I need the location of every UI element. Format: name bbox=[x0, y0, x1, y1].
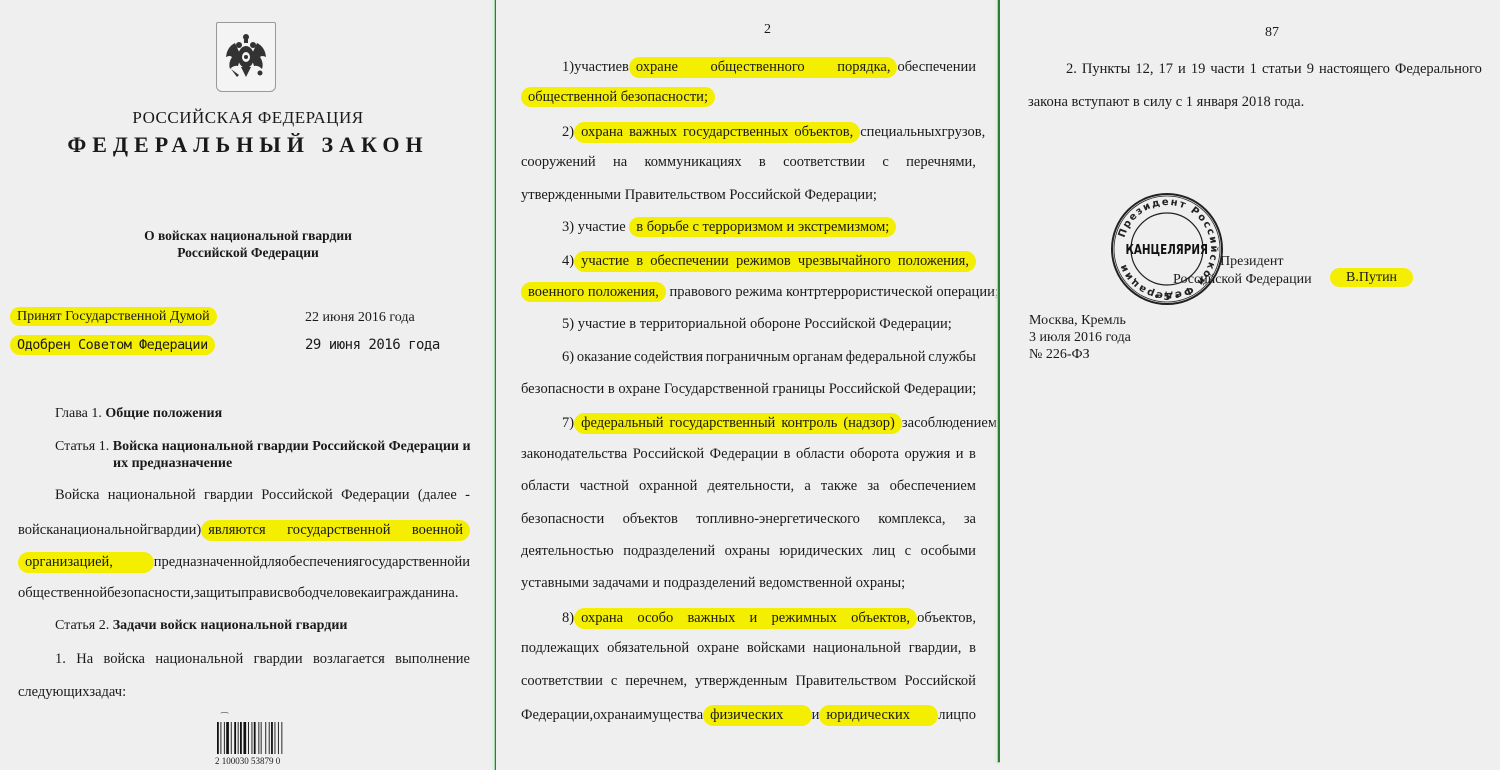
signatory-name: В.Путин bbox=[1330, 270, 1413, 286]
text-line: следующихзадач: bbox=[18, 684, 470, 701]
word: физических bbox=[710, 707, 783, 724]
highlighted-text: общественной безопасности; bbox=[521, 87, 715, 107]
word: а bbox=[804, 478, 810, 495]
word: Российской bbox=[633, 446, 704, 463]
text-segment: утвержденными Правительством Российской … bbox=[521, 187, 877, 203]
chapter-title: Общие положения bbox=[105, 406, 222, 421]
text-line: уставными задачами и подразделений ведом… bbox=[521, 575, 976, 592]
word: подразделений bbox=[623, 543, 715, 560]
word: лиц bbox=[938, 707, 961, 724]
word: национальной bbox=[108, 487, 196, 504]
word: законодательства bbox=[521, 446, 627, 463]
text-line: 7)федеральныйгосударственныйконтроль(над… bbox=[562, 413, 976, 434]
word: охрана bbox=[593, 707, 635, 724]
word: гвардии) bbox=[147, 522, 201, 539]
word: подлежащих bbox=[521, 640, 599, 657]
word: и bbox=[1178, 61, 1186, 78]
word: области bbox=[521, 478, 569, 495]
adopted-date: 22 июня 2016 года bbox=[305, 310, 415, 326]
word: сооружений bbox=[521, 154, 596, 171]
word: Федерации bbox=[341, 487, 409, 504]
word: государственных bbox=[683, 124, 788, 141]
word: 7) bbox=[562, 415, 574, 432]
barcode: ⁀ 2 100030 53879 0 bbox=[215, 712, 287, 768]
word: в bbox=[636, 253, 643, 270]
word: общественного bbox=[711, 59, 805, 76]
word: прав bbox=[241, 585, 269, 601]
word: перечнями, bbox=[906, 154, 976, 171]
word: в bbox=[622, 59, 629, 76]
word: На bbox=[76, 651, 93, 668]
word: за bbox=[964, 511, 976, 528]
word: федеральный bbox=[581, 415, 663, 432]
word: 9 bbox=[1307, 61, 1314, 78]
law-subject-line-2: Российской Федерации bbox=[0, 245, 496, 261]
word: 1) bbox=[562, 59, 574, 76]
word: лиц bbox=[872, 543, 895, 560]
text-line: ВойсканациональнойгвардииРоссийскойФедер… bbox=[55, 487, 470, 504]
text-line: 2)охранаважныхгосударственныхобъектов,сп… bbox=[562, 122, 976, 143]
highlighted-text: юридических bbox=[819, 705, 938, 726]
word: войска bbox=[104, 651, 145, 668]
highlighted-text: являютсягосударственнойвоенной bbox=[201, 520, 470, 541]
word: с bbox=[611, 673, 617, 690]
text-line: Федерации,охранаимуществафизическихиюрид… bbox=[521, 705, 976, 726]
word: обеспечения bbox=[281, 554, 358, 571]
word: военной bbox=[412, 522, 463, 539]
law-subject-line-1: О войсках национальной гвардии bbox=[0, 228, 496, 244]
word: имущества bbox=[635, 707, 703, 724]
text-line: 2.Пункты12,17и19части1статьи9настоящегоФ… bbox=[1066, 61, 1482, 78]
approved-by-federation-council-text: Одобрен Советом Федерации bbox=[10, 335, 215, 355]
coat-of-arms-icon bbox=[216, 22, 276, 92]
text-line: 1)участиевохранеобщественногопорядка,обе… bbox=[562, 57, 976, 78]
article-1-prefix: Статья 1. bbox=[55, 439, 109, 454]
word: Федерации, bbox=[521, 707, 593, 724]
page-number: 2 bbox=[764, 22, 771, 38]
highlighted-text: участиевобеспечениирежимовчрезвычайногоп… bbox=[574, 251, 976, 272]
stamp-center-text: КАНЦЕЛЯРИЯ bbox=[1125, 242, 1207, 258]
word: возлагается bbox=[313, 651, 385, 668]
text-line: 6)оказаниесодействияпограничныморганамфе… bbox=[562, 349, 976, 366]
word: особыми bbox=[921, 543, 976, 560]
text-segment: безопасности в охране Государственной гр… bbox=[521, 381, 976, 397]
word: государственный bbox=[669, 415, 775, 432]
text-line: общественнойбезопасности,защитыправисвоб… bbox=[18, 585, 470, 602]
law-page-87: 87 2.Пункты12,17и19части1статьи9настояще… bbox=[1000, 0, 1500, 770]
word: и bbox=[374, 585, 382, 601]
text-line: сооруженийнакоммуникацияхвсоответствиисп… bbox=[521, 154, 976, 171]
law-page-2: 2 1)участиевохранеобщественногопорядка,о… bbox=[496, 0, 1000, 770]
word: охрана bbox=[581, 124, 623, 141]
word: войска bbox=[18, 522, 59, 539]
word: 12, bbox=[1135, 61, 1153, 78]
word: предназначенной bbox=[154, 554, 260, 571]
text-line: закона вступают в силу с 1 января 2018 г… bbox=[1028, 94, 1482, 111]
highlighted-text: охранаособоважныхирежимныхобъектов, bbox=[574, 608, 917, 629]
highlighted-text: физических bbox=[703, 705, 811, 726]
article-1-title: Войска национальной гвардии Российской Ф… bbox=[113, 439, 471, 454]
signatory-name-text: В.Путин bbox=[1330, 268, 1413, 287]
word: защиты bbox=[194, 585, 241, 601]
signatory-title-line-1: Президент bbox=[1220, 254, 1283, 270]
text-line: общественной безопасности; bbox=[521, 89, 976, 106]
text-line: организацией,предназначеннойдляобеспечен… bbox=[18, 552, 470, 573]
word: объектов, bbox=[794, 124, 853, 141]
word: объектов, bbox=[917, 610, 976, 627]
word: пограничным bbox=[706, 349, 790, 366]
word: 4) bbox=[562, 253, 574, 270]
article-2-heading: Статья 2. Задачи войск национальной гвар… bbox=[55, 618, 347, 634]
word: охране bbox=[697, 640, 739, 657]
word: (надзор) bbox=[843, 415, 895, 432]
word: (далее bbox=[418, 487, 457, 504]
word: оборота bbox=[850, 446, 899, 463]
word: порядка, bbox=[837, 59, 890, 76]
article-2-title: Задачи войск национальной гвардии bbox=[113, 618, 348, 633]
barcode-bars bbox=[217, 722, 285, 754]
word: 1 bbox=[1250, 61, 1257, 78]
signatory-title-line-2: Российской Федерации bbox=[1173, 272, 1312, 288]
word: охранной bbox=[639, 478, 697, 495]
word: чрезвычайного bbox=[798, 253, 891, 270]
word: соблюдением bbox=[914, 415, 997, 432]
word: особо bbox=[637, 610, 673, 627]
text-line: соответствиисперечнем,утвержденнымПравит… bbox=[521, 673, 976, 690]
word: 19 bbox=[1191, 61, 1206, 78]
adopted-by-duma-text: Принят Государственной Думой bbox=[10, 307, 217, 326]
word: обеспечении bbox=[650, 253, 729, 270]
country-heading: РОССИЙСКАЯ ФЕДЕРАЦИЯ bbox=[0, 108, 496, 128]
word: 6) bbox=[562, 349, 574, 366]
word: перечнем, bbox=[625, 673, 687, 690]
word: Российской bbox=[261, 487, 332, 504]
word: гвардии bbox=[204, 487, 253, 504]
signing-place: Москва, Кремль bbox=[1029, 312, 1131, 329]
word: также bbox=[821, 478, 857, 495]
text-line: областичастнойохраннойдеятельности,атакж… bbox=[521, 478, 976, 495]
word: органам bbox=[793, 349, 843, 366]
text-segment: правового режима контртеррористической о… bbox=[670, 284, 999, 300]
signing-place-date-number: Москва, Кремль3 июля 2016 года№ 226-ФЗ bbox=[1029, 312, 1131, 363]
word: свобод bbox=[277, 585, 319, 601]
word: 8) bbox=[562, 610, 574, 627]
chapter-heading: Глава 1. Общие положения bbox=[55, 406, 222, 422]
word: задач: bbox=[89, 684, 126, 700]
word: объектов bbox=[623, 511, 678, 528]
article-2-prefix: Статья 2. bbox=[55, 618, 109, 633]
word: положения, bbox=[898, 253, 969, 270]
approved-by-federation-council-label: Одобрен Советом Федерации bbox=[10, 337, 215, 353]
word: участие bbox=[581, 253, 629, 270]
word: области bbox=[796, 446, 844, 463]
text-line: войсканациональнойгвардии)являютсягосуда… bbox=[18, 520, 470, 541]
word: участие bbox=[574, 59, 622, 76]
word: войсками bbox=[747, 640, 805, 657]
word: утвержденным bbox=[695, 673, 787, 690]
word: Российской bbox=[904, 673, 975, 690]
word: оружия bbox=[905, 446, 951, 463]
text-line: подлежащихобязательнойохраневойскаминаци… bbox=[521, 640, 976, 657]
word: Правительством bbox=[795, 673, 896, 690]
word: Войска bbox=[55, 487, 99, 504]
word: охраны bbox=[725, 543, 770, 560]
word: гвардии bbox=[254, 651, 303, 668]
word: объектов, bbox=[851, 610, 910, 627]
word: службы bbox=[928, 349, 976, 366]
word: статьи bbox=[1262, 61, 1302, 78]
text-line: 4)участиевобеспечениирежимовчрезвычайног… bbox=[562, 251, 976, 272]
law-page-1: РОССИЙСКАЯ ФЕДЕРАЦИЯ ФЕДЕРАЛЬНЫЙ ЗАКОН О… bbox=[0, 0, 496, 770]
word: содействия bbox=[634, 349, 703, 366]
word: в bbox=[969, 640, 976, 657]
word: грузов, bbox=[942, 124, 986, 141]
word: охрана bbox=[581, 610, 623, 627]
article-1-heading: Статья 1. Войска национальной гвардии Ро… bbox=[55, 439, 471, 455]
word: юридических bbox=[826, 707, 910, 724]
word: и bbox=[750, 610, 758, 627]
word: обязательной bbox=[607, 640, 689, 657]
word: за bbox=[902, 415, 914, 432]
law-number: № 226-ФЗ bbox=[1029, 346, 1131, 363]
word: федеральной bbox=[846, 349, 926, 366]
word: части bbox=[1210, 61, 1244, 78]
word: национальной bbox=[59, 522, 147, 539]
word: режимов bbox=[736, 253, 791, 270]
stamp-number: • 5 • bbox=[1154, 292, 1181, 303]
word: в bbox=[784, 446, 791, 463]
word: Пункты bbox=[1082, 61, 1130, 78]
word: гражданина. bbox=[382, 585, 459, 601]
word: для bbox=[260, 554, 281, 571]
chancellery-seal-stamp: Президент Российской Федерации КАНЦЕЛЯРИ… bbox=[1110, 192, 1224, 306]
word: 1. bbox=[55, 651, 66, 668]
page-number: 87 bbox=[1265, 25, 1279, 41]
word: 2) bbox=[562, 124, 574, 141]
chapter-prefix: Глава 1. bbox=[55, 406, 102, 421]
word: и bbox=[812, 707, 820, 724]
signing-date: 3 июля 2016 года bbox=[1029, 329, 1131, 346]
word: специальных bbox=[860, 124, 941, 141]
word: национальной bbox=[155, 651, 243, 668]
word: Федерального bbox=[1395, 61, 1482, 78]
highlighted-text: военного положения, bbox=[521, 282, 666, 302]
adopted-by-duma-label: Принят Государственной Думой bbox=[10, 309, 217, 325]
word: важных bbox=[687, 610, 735, 627]
word: государственной bbox=[287, 522, 390, 539]
highlighted-text: федеральныйгосударственныйконтроль(надзо… bbox=[574, 413, 902, 434]
word: гвардии, bbox=[909, 640, 962, 657]
word: и bbox=[956, 446, 964, 463]
approved-date: 29 июня 2016 года bbox=[305, 337, 440, 353]
word: выполнение bbox=[395, 651, 470, 668]
word: за bbox=[867, 478, 879, 495]
text-line: деятельностьюподразделенийохраныюридичес… bbox=[521, 543, 976, 560]
text-line: 3) участие в борьбе с терроризмом и экст… bbox=[562, 219, 976, 236]
highlighted-text: охранеобщественногопорядка, bbox=[629, 57, 898, 78]
text-line: 1.Навойсканациональнойгвардиивозлагается… bbox=[55, 651, 470, 668]
text-segment: 5) участие в территориальной обороне Рос… bbox=[562, 316, 952, 332]
word: охране bbox=[636, 59, 678, 76]
word: 17 bbox=[1159, 61, 1174, 78]
word: соответствии bbox=[783, 154, 865, 171]
text-line: утвержденными Правительством Российской … bbox=[521, 187, 976, 204]
highlighted-text: охранаважныхгосударственныхобъектов, bbox=[574, 122, 860, 143]
word: 2. bbox=[1066, 61, 1077, 78]
word: частной bbox=[580, 478, 629, 495]
word: юридических bbox=[779, 543, 863, 560]
word: общественной bbox=[18, 585, 107, 601]
text-line: военного положения, правового режима кон… bbox=[521, 284, 976, 301]
word: с bbox=[882, 154, 888, 171]
text-line: безопасности в охране Государственной гр… bbox=[521, 381, 976, 398]
word: деятельностью bbox=[521, 543, 614, 560]
word: с bbox=[905, 543, 911, 560]
word: национальной bbox=[813, 640, 901, 657]
word: важных bbox=[629, 124, 677, 141]
text-segment: уставными задачами и подразделений ведом… bbox=[521, 575, 905, 591]
word: обеспечении bbox=[897, 59, 976, 76]
word: топливно-энергетического bbox=[696, 511, 860, 528]
word: контроль bbox=[781, 415, 837, 432]
article-1-title-continued: их предназначение bbox=[113, 456, 232, 472]
word: являются bbox=[208, 522, 266, 539]
word: - bbox=[465, 487, 470, 504]
word: человека bbox=[319, 585, 374, 601]
text-line: безопасностиобъектовтопливно-энергетичес… bbox=[521, 511, 976, 528]
word: по bbox=[961, 707, 976, 724]
word: в bbox=[759, 154, 766, 171]
word: государственной bbox=[359, 554, 462, 571]
word: коммуникациях bbox=[644, 154, 741, 171]
word: обеспечением bbox=[890, 478, 976, 495]
word: комплекса, bbox=[878, 511, 945, 528]
word: соответствии bbox=[521, 673, 603, 690]
text-line: 8)охранаособоважныхирежимныхобъектов,объ… bbox=[562, 608, 976, 629]
word: оказание bbox=[577, 349, 632, 366]
word: на bbox=[613, 154, 627, 171]
word: и bbox=[462, 554, 470, 571]
word: режимных bbox=[772, 610, 837, 627]
text-segment: 3) участие bbox=[562, 219, 626, 235]
text-segment: закона вступают в силу с 1 января 2018 г… bbox=[1028, 94, 1304, 110]
highlighted-text: организацией, bbox=[18, 552, 154, 573]
text-line: 5) участие в территориальной обороне Рос… bbox=[562, 316, 976, 333]
highlighted-text: в борьбе с терроризмом и экстремизмом; bbox=[629, 217, 896, 237]
barcode-number: 2 100030 53879 0 bbox=[215, 756, 305, 766]
word: Федерации bbox=[710, 446, 778, 463]
word: настоящего bbox=[1319, 61, 1390, 78]
word: безопасности bbox=[521, 511, 604, 528]
word: в bbox=[969, 446, 976, 463]
word: деятельности, bbox=[708, 478, 795, 495]
text-line: законодательстваРоссийскойФедерациивобла… bbox=[521, 446, 976, 463]
document-type-heading: ФЕДЕРАЛЬНЫЙ ЗАКОН bbox=[0, 132, 496, 158]
word: следующих bbox=[18, 684, 89, 700]
word: организацией, bbox=[25, 554, 113, 571]
word: безопасности, bbox=[107, 585, 194, 601]
